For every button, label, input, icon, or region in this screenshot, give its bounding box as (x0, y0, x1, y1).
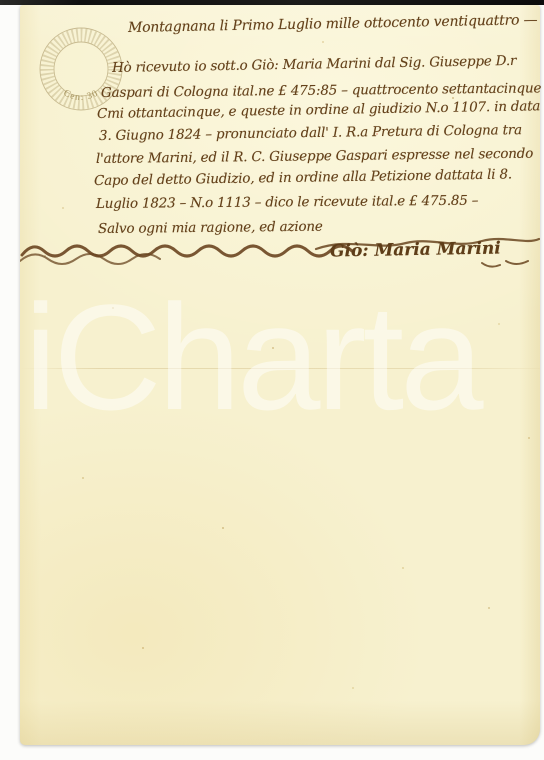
signature: Giò: Maria Marini (330, 239, 501, 262)
manuscript-text-block: Montagnana li Primo Luglio mille ottocen… (20, 5, 540, 305)
manuscript-line-5: 3. Giugno 1824 – pronunciato dall' I. R.… (99, 122, 522, 144)
document-sheet: iCharta Cen: 30 Montagnana li Primo Lugl… (20, 5, 540, 745)
manuscript-line-2: Hò ricevuto io sott.o Giò: Maria Marini … (112, 53, 517, 76)
manuscript-line-7: Capo del detto Giudizio, ed in ordine al… (94, 166, 512, 189)
document-photo: iCharta Cen: 30 Montagnana li Primo Lugl… (0, 0, 544, 760)
manuscript-line-date: Montagnana li Primo Luglio mille ottocen… (128, 12, 538, 36)
fold-crease (20, 368, 540, 369)
manuscript-line-3: Gaspari di Cologna ital.ne £ 475:85 – qu… (101, 80, 541, 101)
manuscript-line-8: Luglio 1823 – N.o 1113 – dico le ricevut… (96, 193, 478, 212)
manuscript-line-6: l'attore Marini, ed il R. C. Giuseppe Ga… (96, 146, 533, 167)
manuscript-line-4: Cmi ottantacinque, e queste in ordine al… (97, 98, 540, 122)
